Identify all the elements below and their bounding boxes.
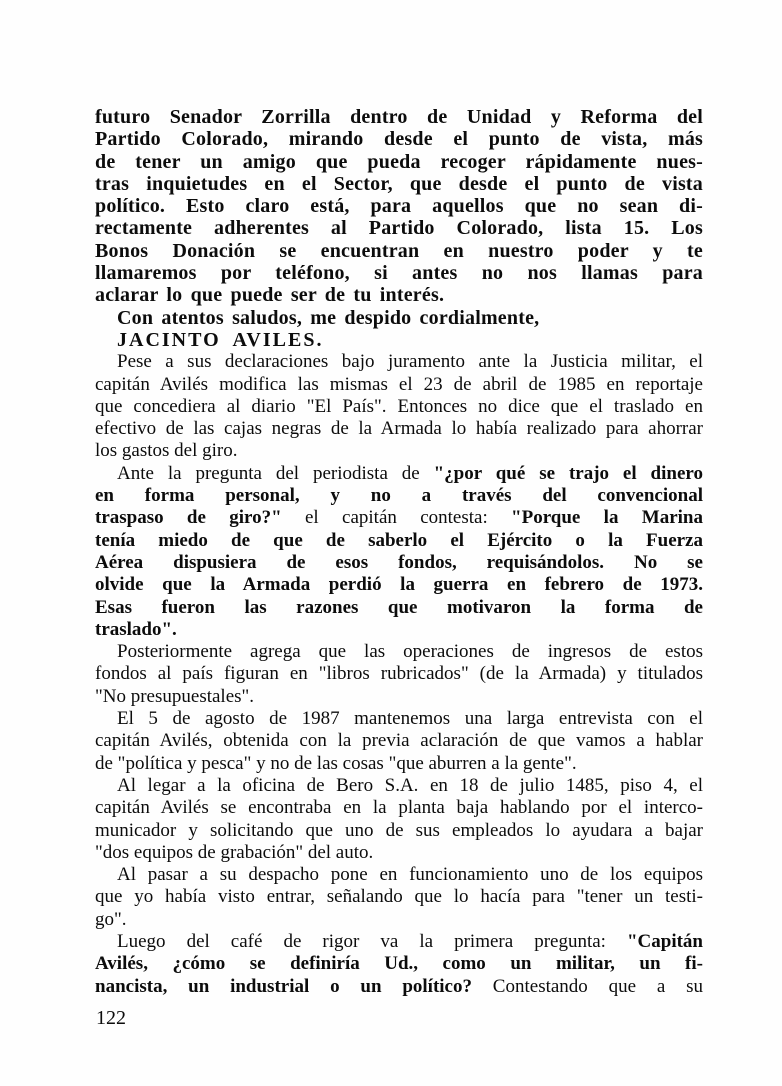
- bold-text-run: de tener un amigo que pueda recoger rápi…: [95, 151, 703, 173]
- text-line: tras inquietudes en el Sector, que desde…: [95, 173, 703, 195]
- regular-text-run: que yo había visto entrar, señalando que…: [95, 886, 703, 907]
- text-line: olvide que la Armada perdió la guerra en…: [95, 574, 703, 596]
- bold-text-run: JACINTO AVILES.: [117, 329, 323, 351]
- text-line: Ante la pregunta del periodista de "¿por…: [95, 463, 703, 485]
- bold-text-run: Esas fueron las razones que motivaron la…: [95, 597, 703, 618]
- text-line: aclarar lo que puede ser de tu interés.: [95, 284, 703, 306]
- page-text-block: futuro Senador Zorrilla dentro de Unidad…: [95, 106, 703, 998]
- text-line: llamaremos por teléfono, si antes no nos…: [95, 262, 703, 284]
- regular-text-run: de "política y pesca" y no de las cosas …: [95, 753, 577, 774]
- bold-text-run: olvide que la Armada perdió la guerra en…: [95, 574, 703, 595]
- text-line: de tener un amigo que pueda recoger rápi…: [95, 151, 703, 173]
- bold-text-run: Con atentos saludos, me despido cordialm…: [117, 307, 539, 329]
- text-line: en forma personal, y no a través del con…: [95, 485, 703, 507]
- text-line: traslado".: [95, 619, 703, 641]
- text-line: nancista, un industrial o un político? C…: [95, 976, 703, 998]
- regular-text-run: Contestando que a su: [472, 976, 703, 997]
- text-line: Pese a sus declaraciones bajo juramento …: [95, 351, 703, 373]
- text-line: Avilés, ¿cómo se definiría Ud., como un …: [95, 953, 703, 975]
- bold-text-run: Partido Colorado, mirando desde el punto…: [95, 128, 703, 150]
- regular-text-run: Pese a sus declaraciones bajo juramento …: [117, 351, 703, 372]
- regular-text-run: Al legar a la oficina de Bero S.A. en 18…: [117, 775, 703, 796]
- bold-text-run: "Porque la Marina: [511, 507, 703, 528]
- text-line: "No presupuestales".: [95, 686, 703, 708]
- text-line: Partido Colorado, mirando desde el punto…: [95, 128, 703, 150]
- bold-text-run: nancista, un industrial o un político?: [95, 976, 472, 997]
- text-line: efectivo de las cajas negras de la Armad…: [95, 418, 703, 440]
- text-line: los gastos del giro.: [95, 440, 703, 462]
- regular-text-run: go".: [95, 909, 127, 930]
- text-line: de "política y pesca" y no de las cosas …: [95, 753, 703, 775]
- regular-text-run: Luego del café de rigor va la primera pr…: [117, 931, 627, 952]
- bold-text-run: Bonos Donación se encuentran en nuestro …: [95, 240, 703, 262]
- bold-text-run: llamaremos por teléfono, si antes no nos…: [95, 262, 703, 284]
- text-line: político. Esto claro está, para aquellos…: [95, 195, 703, 217]
- regular-text-run: efectivo de las cajas negras de la Armad…: [95, 418, 703, 439]
- bold-text-run: aclarar lo que puede ser de tu interés.: [95, 284, 444, 306]
- regular-text-run: El 5 de agosto de 1987 mantenemos una la…: [117, 708, 703, 729]
- regular-text-run: capitán Avilés se encontraba en la plant…: [95, 797, 703, 818]
- bold-text-run: traslado".: [95, 619, 177, 640]
- text-line: que concediera al diario "El País". Ento…: [95, 396, 703, 418]
- paragraph-10: Luego del café de rigor va la primera pr…: [95, 931, 703, 998]
- paragraph-2: Con atentos saludos, me despido cordialm…: [95, 307, 703, 329]
- bold-text-run: Aérea dispusiera de esos fondos, requisá…: [95, 552, 703, 573]
- text-line: Bonos Donación se encuentran en nuestro …: [95, 240, 703, 262]
- text-line: JACINTO AVILES.: [95, 329, 703, 351]
- text-line: capitán Avilés modifica las mismas el 23…: [95, 374, 703, 396]
- paragraph-5: Ante la pregunta del periodista de "¿por…: [95, 463, 703, 641]
- paragraph-4: Pese a sus declaraciones bajo juramento …: [95, 351, 703, 462]
- bold-text-run: político. Esto claro está, para aquellos…: [95, 195, 703, 217]
- bold-text-run: "¿por qué se trajo el dinero: [434, 463, 703, 484]
- regular-text-run: fondos al país figuran en "libros rubric…: [95, 663, 703, 684]
- text-line: Posteriormente agrega que las operacione…: [95, 641, 703, 663]
- text-line: tenía miedo de que de saberlo el Ejércit…: [95, 530, 703, 552]
- text-line: capitán Avilés se encontraba en la plant…: [95, 797, 703, 819]
- regular-text-run: que concediera al diario "El País". Ento…: [95, 396, 703, 417]
- bold-text-run: rectamente adherentes al Partido Colorad…: [95, 217, 703, 239]
- text-line: municador y solicitando que uno de sus e…: [95, 820, 703, 842]
- paragraph-6: Posteriormente agrega que las operacione…: [95, 641, 703, 708]
- regular-text-run: "No presupuestales".: [95, 686, 254, 707]
- paragraph-9: Al pasar a su despacho pone en funcionam…: [95, 864, 703, 931]
- text-line: "dos equipos de grabación" del auto.: [95, 842, 703, 864]
- text-line: Al pasar a su despacho pone en funcionam…: [95, 864, 703, 886]
- text-line: futuro Senador Zorrilla dentro de Unidad…: [95, 106, 703, 128]
- bold-text-run: futuro Senador Zorrilla dentro de Unidad…: [95, 106, 703, 128]
- regular-text-run: "dos equipos de grabación" del auto.: [95, 842, 373, 863]
- paragraph-8: Al legar a la oficina de Bero S.A. en 18…: [95, 775, 703, 864]
- text-line: que yo había visto entrar, señalando que…: [95, 886, 703, 908]
- bold-text-run: tenía miedo de que de saberlo el Ejércit…: [95, 530, 703, 551]
- text-line: fondos al país figuran en "libros rubric…: [95, 663, 703, 685]
- regular-text-run: municador y solicitando que uno de sus e…: [95, 820, 703, 841]
- regular-text-run: Posteriormente agrega que las operacione…: [117, 641, 703, 662]
- bold-text-run: "Capitán: [627, 931, 703, 952]
- regular-text-run: capitán Avilés modifica las mismas el 23…: [95, 374, 703, 395]
- bold-text-run: traspaso de giro?": [95, 507, 282, 528]
- regular-text-run: el capitán contesta:: [282, 507, 511, 528]
- text-line: Luego del café de rigor va la primera pr…: [95, 931, 703, 953]
- bold-text-run: tras inquietudes en el Sector, que desde…: [95, 173, 703, 195]
- regular-text-run: capitán Avilés, obtenida con la previa a…: [95, 730, 703, 751]
- page-number: 122: [96, 1006, 126, 1030]
- text-line: Aérea dispusiera de esos fondos, requisá…: [95, 552, 703, 574]
- bold-text-run: en forma personal, y no a través del con…: [95, 485, 703, 506]
- paragraph-1: futuro Senador Zorrilla dentro de Unidad…: [95, 106, 703, 307]
- regular-text-run: los gastos del giro.: [95, 440, 238, 461]
- bold-text-run: Avilés, ¿cómo se definiría Ud., como un …: [95, 953, 703, 974]
- book-page: futuro Senador Zorrilla dentro de Unidad…: [0, 0, 782, 1086]
- text-line: El 5 de agosto de 1987 mantenemos una la…: [95, 708, 703, 730]
- paragraph-7: El 5 de agosto de 1987 mantenemos una la…: [95, 708, 703, 775]
- text-line: Esas fueron las razones que motivaron la…: [95, 597, 703, 619]
- text-line: Con atentos saludos, me despido cordialm…: [95, 307, 703, 329]
- regular-text-run: Ante la pregunta del periodista de: [117, 463, 434, 484]
- regular-text-run: Al pasar a su despacho pone en funcionam…: [117, 864, 703, 885]
- text-line: go".: [95, 909, 703, 931]
- paragraph-3: JACINTO AVILES.: [95, 329, 703, 351]
- text-line: capitán Avilés, obtenida con la previa a…: [95, 730, 703, 752]
- text-line: rectamente adherentes al Partido Colorad…: [95, 217, 703, 239]
- text-line: Al legar a la oficina de Bero S.A. en 18…: [95, 775, 703, 797]
- text-line: traspaso de giro?" el capitán contesta: …: [95, 507, 703, 529]
